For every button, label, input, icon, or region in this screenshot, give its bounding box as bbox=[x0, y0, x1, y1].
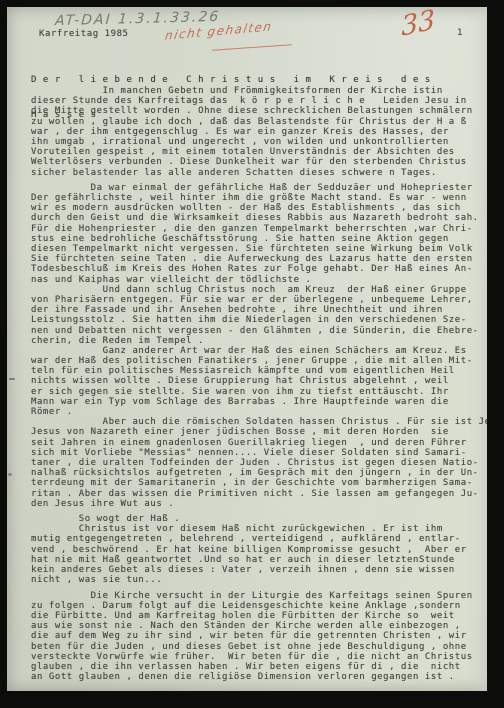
document-page: AT-DAI 1.3.1.33.26 Karfreitag 1985 nicht… bbox=[7, 7, 487, 691]
typed-line: nichts wissen wollte . Diese Gruppierung… bbox=[31, 376, 487, 386]
typed-line: Christus ist vor diesem Haß nicht zurück… bbox=[31, 524, 487, 534]
scan-speck bbox=[8, 473, 12, 476]
red-note-underline bbox=[212, 44, 292, 51]
typed-line: nalhaß rücksichtslos aufgetreten , im Ge… bbox=[31, 468, 487, 478]
typed-line: zu wollen , glaube ich doch , daß das Be… bbox=[31, 117, 487, 127]
typed-line: Die Kirche versucht in der Liturgie des … bbox=[31, 591, 487, 601]
typed-line: sicher belastender las alle anderen Scha… bbox=[31, 168, 487, 178]
title-line-1: D e r l i e b e n d e C h r i s t u s i … bbox=[31, 75, 431, 87]
typed-line: versteckte Vorwürfe wie früher. Wir bete… bbox=[31, 652, 487, 662]
typed-line: beten für die Juden , und dieses Gebet i… bbox=[31, 642, 487, 652]
typed-line: den Jesus ihre Wut aus . bbox=[31, 499, 487, 509]
typed-line: So wogt der Haß . bbox=[31, 514, 487, 524]
typed-line: die Mitte gestellt worden . Ohne diese s… bbox=[31, 106, 487, 116]
typed-line: taner , die uralten Todfeinden der Juden… bbox=[31, 458, 487, 468]
typed-line: nicht , was sie tun... bbox=[31, 575, 487, 585]
typed-line: In manchen Gebetn und Frömmigkeitsformen… bbox=[31, 86, 487, 96]
typed-line: terrdeung mit der Samaritanerin , in der… bbox=[31, 478, 487, 488]
paragraph: In manchen Gebetn und Frömmigkeitsformen… bbox=[31, 86, 487, 178]
typed-line: aus wie sonst nie . Nach den Ständen der… bbox=[31, 621, 487, 631]
typed-line: diesen Tempelmarkt nicht vergessen. Sie … bbox=[31, 244, 487, 254]
typed-line: ritan . Aber das wissen die Primitiven n… bbox=[31, 489, 487, 499]
typed-line: cherin, die Reden im Tempel . bbox=[31, 336, 487, 346]
typed-line: Sie fürchteten seine Taten . die Auferwe… bbox=[31, 254, 487, 264]
scan-speck bbox=[9, 378, 15, 380]
typed-line: Für die Hohenpriester , die den ganzen T… bbox=[31, 224, 487, 234]
typed-line: sich mit Vorliebe "Messias" nennen.... V… bbox=[31, 448, 487, 458]
typed-line: Und dann schlug Christus noch am Kreuz d… bbox=[31, 285, 487, 295]
typed-line: kein anderes Gebet als dieses : Vater , … bbox=[31, 565, 487, 575]
typed-line: Römer . bbox=[31, 407, 487, 417]
typed-line: Todesbeschluß im Kreis des Hohen Rates z… bbox=[31, 264, 487, 274]
typed-line: wir es modern ausdrücken wollten - der H… bbox=[31, 203, 487, 213]
typed-line: nen und Debatten nicht vergessen - den G… bbox=[31, 326, 487, 336]
typed-line: seit Jahren in einem gnadenlosen Guerill… bbox=[31, 438, 487, 448]
typed-line: Der gefährlichste , weil hinter ihm die … bbox=[31, 193, 487, 203]
typed-line: ihn umgab , irrational und ungerecht , v… bbox=[31, 137, 487, 147]
typed-line: stus eine bedrohliche Geschäftsstörung .… bbox=[31, 234, 487, 244]
typed-line: Welterlösers verbunden . Diese Dunkelhei… bbox=[31, 157, 487, 167]
typed-line: Aber auch die römischen Soldaten hassen … bbox=[31, 417, 487, 427]
typed-line: Da war einmal der gefährliche Haß der Se… bbox=[31, 183, 487, 193]
scanned-document-frame: AT-DAI 1.3.1.33.26 Karfreitag 1985 nicht… bbox=[0, 0, 504, 708]
typed-line: Ganz anderer Art war der Haß des einen S… bbox=[31, 346, 487, 356]
page-number: 1 bbox=[457, 28, 463, 38]
typed-line: Leistungsstolz . Sie hatten ihm die Nied… bbox=[31, 315, 487, 325]
typed-line: teln für ein politisches Messiasreich kä… bbox=[31, 366, 487, 376]
typed-line: war , der ihm entgegenschlug . Es war ei… bbox=[31, 127, 487, 137]
typed-line: glauben , die ihn verlassen haben . Wir … bbox=[31, 662, 487, 672]
typed-line: mutig entgegengetreten , belehrend , ver… bbox=[31, 534, 487, 544]
typed-line: dieser Stunde des Karfreitags das k ö r … bbox=[31, 96, 487, 106]
typed-line: der ihre Fassade und ihr Ansehen bedroht… bbox=[31, 305, 487, 315]
typed-line: von Pharisäern entgegen. Für sie war er … bbox=[31, 295, 487, 305]
typed-line: die Fürbitte. Und am Karfreitag holen di… bbox=[31, 611, 487, 621]
paragraph: Da war einmal der gefährliche Haß der Se… bbox=[31, 183, 487, 509]
typed-line: die auf dem Weg zu ihr sind , wir beten … bbox=[31, 631, 487, 641]
paragraph: So wogt der Haß . Christus ist vor diese… bbox=[31, 514, 487, 585]
paragraph: Die Kirche versucht in der Liturgie des … bbox=[31, 591, 487, 683]
typed-line: er sich gegen sie stellte. Sie waren von… bbox=[31, 387, 487, 397]
typed-line: Jesus von Nazareth einer jener jüdischen… bbox=[31, 427, 487, 437]
typed-line: vend , beschwörend . Er hat keine billig… bbox=[31, 545, 487, 555]
red-handwritten-number: 33 bbox=[401, 7, 436, 43]
typed-line: durch den Geist und die Wirksamkeit dies… bbox=[31, 213, 487, 223]
typed-line: Voruteilen gespeist , mit einem totalen … bbox=[31, 147, 487, 157]
typed-line: an Gott glauben , denen die religiöse Di… bbox=[31, 672, 487, 682]
typed-line: nas und Kaiphas war vielleicht der tödli… bbox=[31, 275, 487, 285]
typed-line: war der Haß des politischen Fanatikers ,… bbox=[31, 356, 487, 366]
date-line: Karfreitag 1985 bbox=[39, 29, 129, 39]
typed-line: Mann war ein Typ vom Schlage des Barraba… bbox=[31, 397, 487, 407]
typed-line: hat nie mit Haß geantwortet .Und so hat … bbox=[31, 555, 487, 565]
typed-line: zu folgen . Darum folgt auf die Leidensg… bbox=[31, 601, 487, 611]
body-text: In manchen Gebetn und Frömmigkeitsformen… bbox=[31, 86, 487, 687]
